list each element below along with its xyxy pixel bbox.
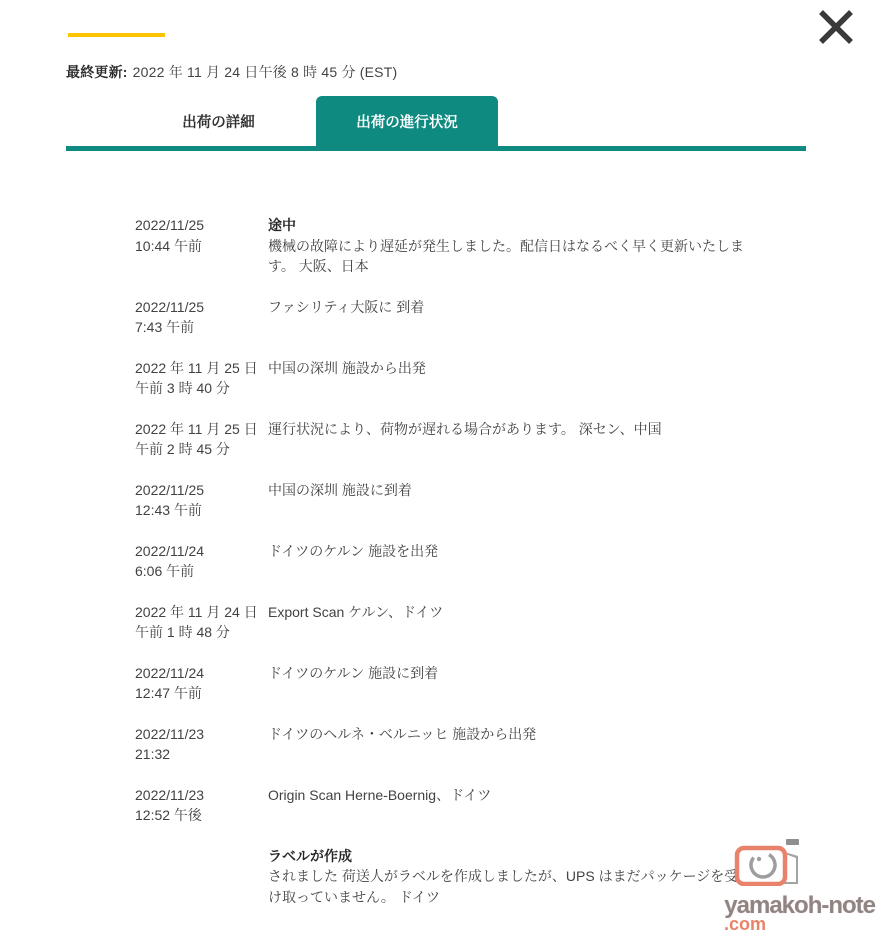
tab-shipment-progress[interactable]: 出荷の進行状況 [316,96,498,146]
event-date: 2022/11/23 [135,785,268,806]
event-row: 2022/11/25 10:44 午前 途中 機械の故障により遅延が発生しました… [135,215,760,277]
events-list: 2022/11/25 10:44 午前 途中 機械の故障により遅延が発生しました… [135,215,760,927]
event-row: 2022/11/25 7:43 午前 ファシリティ大阪に 到着 [135,297,760,338]
event-row: 2022 年 11 月 25 日 午前 3 時 40 分 中国の深圳 施設から出… [135,358,760,399]
event-row: 2022/11/23 12:52 午後 Origin Scan Herne-Bo… [135,785,760,826]
event-description: Export Scan ケルン、ドイツ [268,602,443,623]
event-body: ドイツのヘルネ・ベルニッヒ 施設から出発 [268,724,536,765]
event-body: ファシリティ大阪に 到着 [268,297,424,338]
event-body: ドイツのケルン 施設を出発 [268,541,438,582]
event-description: 運行状況により、荷物が遅れる場合があります。 深セン、中国 [268,419,662,440]
event-datetime [135,846,268,908]
event-row: 2022 年 11 月 24 日 午前 1 時 48 分 Export Scan… [135,602,760,643]
event-time: 7:43 午前 [135,317,268,338]
event-body: ラベルが作成 されました 荷送人がラベルを作成しましたが、UPS はまだパッケー… [268,846,746,908]
event-date: 2022/11/25 [135,297,268,318]
event-description: ファシリティ大阪に 到着 [268,297,424,318]
event-datetime: 2022/11/24 12:47 午前 [135,663,268,704]
event-title: ラベルが作成 [268,846,746,867]
tab-shipment-details[interactable]: 出荷の詳細 [121,96,316,146]
event-datetime: 2022/11/24 6:06 午前 [135,541,268,582]
event-description: 機械の故障により遅延が発生しました。配信日はなるべく早く更新いたします。 大阪、… [268,236,746,277]
event-datetime: 2022 年 11 月 25 日 午前 2 時 45 分 [135,419,268,460]
event-row: ラベルが作成 されました 荷送人がラベルを作成しましたが、UPS はまだパッケー… [135,846,760,908]
event-datetime: 2022 年 11 月 24 日 午前 1 時 48 分 [135,602,268,643]
event-datetime: 2022 年 11 月 25 日 午前 3 時 40 分 [135,358,268,399]
event-datetime: 2022/11/25 10:44 午前 [135,215,268,277]
close-button[interactable] [817,8,855,46]
event-datetime: 2022/11/25 7:43 午前 [135,297,268,338]
event-datetime: 2022/11/23 21:32 [135,724,268,765]
accent-bar [68,33,165,37]
event-date: 2022/11/24 [135,663,268,684]
event-description: 中国の深圳 施設に到着 [268,480,412,501]
event-row: 2022/11/24 12:47 午前 ドイツのケルン 施設に到着 [135,663,760,704]
close-icon [817,8,855,46]
last-updated: 最終更新:2022 年 11 月 24 日午後 8 時 45 分 (EST) [66,62,397,82]
event-description: ドイツのケルン 施設に到着 [268,663,438,684]
event-row: 2022/11/25 12:43 午前 中国の深圳 施設に到着 [135,480,760,521]
event-description: ドイツのヘルネ・ベルニッヒ 施設から出発 [268,724,536,745]
event-date: 2022/11/25 [135,215,268,236]
event-date: 2022 年 11 月 25 日 [135,419,268,440]
event-time: 午前 3 時 40 分 [135,378,268,399]
event-row: 2022/11/23 21:32 ドイツのヘルネ・ベルニッヒ 施設から出発 [135,724,760,765]
event-body: 途中 機械の故障により遅延が発生しました。配信日はなるべく早く更新いたします。 … [268,215,746,277]
event-time: 12:47 午前 [135,683,268,704]
event-date: 2022/11/25 [135,480,268,501]
event-time: 12:52 午後 [135,805,268,826]
event-body: ドイツのケルン 施設に到着 [268,663,438,704]
event-description: Origin Scan Herne-Boernig、ドイツ [268,785,491,806]
tracking-modal: 最終更新:2022 年 11 月 24 日午後 8 時 45 分 (EST) 出… [0,0,878,937]
tab-bar: 出荷の詳細 出荷の進行状況 [121,96,498,146]
event-date: 2022 年 11 月 24 日 [135,602,268,623]
event-title: 途中 [268,215,746,236]
event-time: 12:43 午前 [135,500,268,521]
event-time: 21:32 [135,744,268,765]
event-date: 2022 年 11 月 25 日 [135,358,268,379]
event-time: 午前 2 時 45 分 [135,439,268,460]
last-updated-label: 最終更新: [66,64,128,80]
last-updated-value: 2022 年 11 月 24 日午後 8 時 45 分 (EST) [133,64,398,80]
event-datetime: 2022/11/23 12:52 午後 [135,785,268,826]
event-description: ドイツのケルン 施設を出発 [268,541,438,562]
event-date: 2022/11/24 [135,541,268,562]
event-body: Origin Scan Herne-Boernig、ドイツ [268,785,491,826]
event-description: されました 荷送人がラベルを作成しましたが、UPS はまだパッケージを受け取って… [268,866,746,907]
event-time: 午前 1 時 48 分 [135,622,268,643]
event-description: 中国の深圳 施設から出発 [268,358,426,379]
event-body: 中国の深圳 施設に到着 [268,480,412,521]
event-body: 運行状況により、荷物が遅れる場合があります。 深セン、中国 [268,419,662,460]
event-datetime: 2022/11/25 12:43 午前 [135,480,268,521]
event-row: 2022 年 11 月 25 日 午前 2 時 45 分 運行状況により、荷物が… [135,419,760,460]
tab-divider [66,146,806,151]
event-time: 10:44 午前 [135,236,268,257]
event-row: 2022/11/24 6:06 午前 ドイツのケルン 施設を出発 [135,541,760,582]
event-body: 中国の深圳 施設から出発 [268,358,426,399]
event-date: 2022/11/23 [135,724,268,745]
event-body: Export Scan ケルン、ドイツ [268,602,443,643]
event-time: 6:06 午前 [135,561,268,582]
